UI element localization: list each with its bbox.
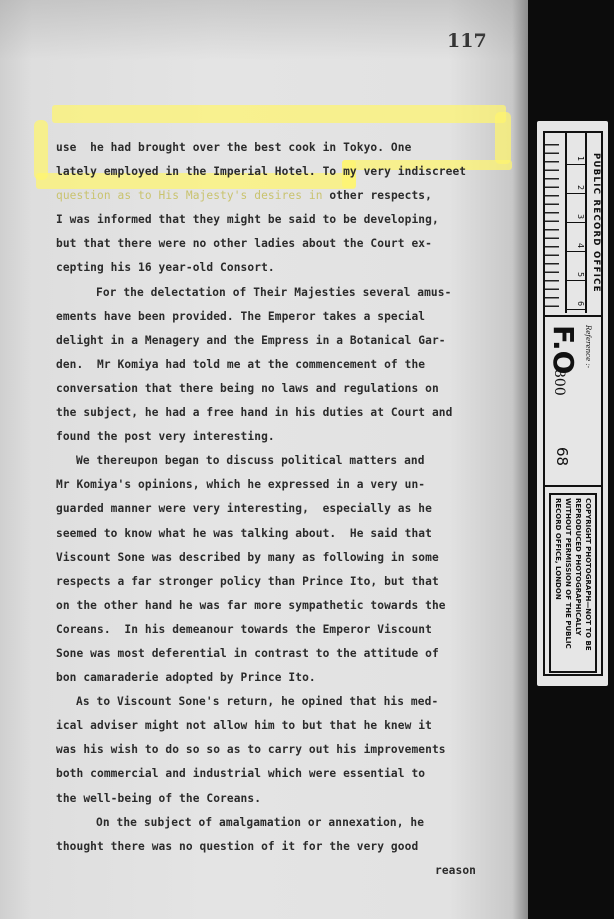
page-number: 117 (447, 30, 487, 52)
text-line: respects a far stronger policy than Prin… (56, 570, 516, 594)
highlighted-faded-text: question as to His Majesty's desires in (56, 189, 323, 202)
text-line: but that there were no other ladies abou… (56, 232, 516, 256)
public-record-office-stamp: 123456 PUBLIC RECORD OFFICE F.O 800 Refe… (537, 121, 608, 686)
text-line: I was informed that they might be said t… (56, 208, 516, 232)
ruler-number: 2 (576, 185, 585, 190)
text-line: Mr Komiya's opinions, which he expressed… (56, 473, 516, 497)
text-line: the well-being of the Coreans. (56, 787, 516, 811)
text-line: For the delectation of Their Majesties s… (56, 281, 516, 305)
ruler-mark: 3 (567, 195, 585, 223)
text-line: the subject, he had a free hand in his d… (56, 401, 516, 425)
text-line: On the subject of amalgamation or annexa… (56, 811, 516, 835)
scale-ruler: 123456 PUBLIC RECORD OFFICE (545, 133, 601, 317)
text-line: guarded manner were very interesting, es… (56, 497, 516, 521)
text-line: delight in a Menagery and the Empress in… (56, 329, 516, 353)
reference-label: Reference :- (584, 325, 592, 368)
text-line: question as to His Majesty's desires in … (56, 184, 516, 208)
typed-letter-body: use he had brought over the best cook in… (56, 136, 516, 883)
text-line: found the post very interesting. (56, 425, 516, 449)
text-line: cepting his 16 year-old Consort. (56, 256, 516, 280)
ruler-mark: 5 (567, 253, 585, 281)
text-line: thought there was no question of it for … (56, 835, 516, 859)
text-line: Sone was most deferential in contrast to… (56, 642, 516, 666)
office-label: PUBLIC RECORD OFFICE (587, 133, 601, 313)
text-line: conversation that there being no laws an… (56, 377, 516, 401)
series-code: F.O (549, 325, 577, 374)
piece-number: 68 (553, 447, 571, 466)
text-line: use he had brought over the best cook in… (56, 136, 516, 160)
text-line: Coreans. In his demeanour towards the Em… (56, 618, 516, 642)
text-line: on the other hand he was far more sympat… (56, 594, 516, 618)
text-line: was his wish to do so so as to carry out… (56, 738, 516, 762)
text-line: We thereupon began to discuss political … (56, 449, 516, 473)
text-fragment: other respects, (323, 189, 432, 202)
ruler-number: 6 (576, 301, 585, 306)
copyright-notice: Copyright photograph—not to be reproduce… (549, 493, 597, 673)
ruler-mark: 2 (567, 166, 585, 194)
highlighter-mark (52, 105, 506, 123)
text-line: As to Viscount Sone's return, he opined … (56, 690, 516, 714)
text-line: Viscount Sone was described by many as f… (56, 546, 516, 570)
text-line: seemed to know what he was talking about… (56, 522, 516, 546)
stamp-frame: 123456 PUBLIC RECORD OFFICE F.O 800 Refe… (543, 131, 603, 676)
text-line: bon camaraderie adopted by Prince Ito. (56, 666, 516, 690)
reference-block: F.O 800 Reference :- 68 (545, 317, 601, 487)
ruler-ticks (545, 137, 565, 313)
text-line: lately employed in the Imperial Hotel. T… (56, 160, 516, 184)
ruler-mark: 6 (567, 282, 585, 310)
ruler-number: 4 (576, 243, 585, 248)
class-number: 800 (551, 369, 567, 396)
ruler-number: 5 (576, 272, 585, 277)
text-line: ements have been provided. The Emperor t… (56, 305, 516, 329)
text-line: reason (56, 859, 516, 883)
ruler-number: 1 (576, 156, 585, 161)
highlighter-mark (34, 120, 48, 180)
ruler-mark: 4 (567, 224, 585, 252)
text-line: both commercial and industrial which wer… (56, 762, 516, 786)
text-line: ical adviser might not allow him to but … (56, 714, 516, 738)
ruler-mark: 1 (567, 137, 585, 165)
ruler-number: 3 (576, 214, 585, 219)
text-line: den. Mr Komiya had told me at the commen… (56, 353, 516, 377)
document-page: 117 use he had brought over the best coo… (0, 0, 528, 919)
